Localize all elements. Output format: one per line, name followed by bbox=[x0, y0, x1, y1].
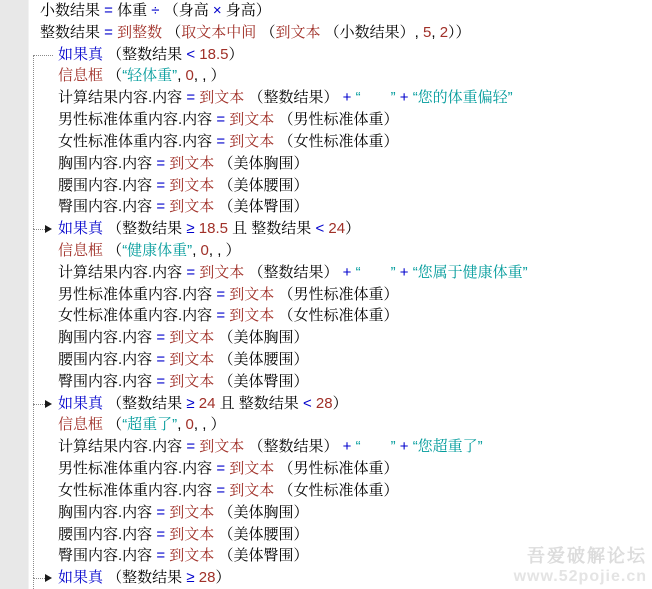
code-line[interactable]: 男性标准体重内容.内容 = 到文本 （男性标准体重） bbox=[0, 284, 652, 306]
code-token-s: “超重了” bbox=[122, 416, 177, 433]
code-line[interactable]: 小数结果 = 体重 ÷ （身高 × 身高） bbox=[0, 0, 652, 22]
code-token-p: ） bbox=[229, 46, 244, 63]
code-token-p: , bbox=[177, 67, 185, 84]
code-token-n: 18.5 bbox=[199, 46, 228, 63]
code-token-f: 到文本 bbox=[169, 177, 214, 194]
code-token-o: = bbox=[216, 133, 229, 150]
code-token-p: （小数结果）, bbox=[321, 24, 424, 41]
code-token-o: = bbox=[156, 526, 169, 543]
code-token-p: （美体胸围） bbox=[214, 155, 308, 172]
code-line[interactable]: 如果真 （整数结果 ≥ 24 且 整数结果 < 28） bbox=[0, 393, 652, 415]
code-token-p: （ bbox=[103, 416, 122, 433]
code-token-n: 24 bbox=[199, 395, 216, 412]
code-token-o: + bbox=[343, 438, 356, 455]
code-token-p: , , ） bbox=[209, 242, 241, 259]
code-token-f: 到文本 bbox=[199, 89, 244, 106]
code-token-p: （女性标准体重） bbox=[274, 133, 398, 150]
code-token-o: ≥ bbox=[186, 569, 198, 586]
code-token-o: = bbox=[104, 24, 117, 41]
code-token-o: = bbox=[216, 460, 229, 477]
code-token-o: = bbox=[156, 198, 169, 215]
code-token-p: , bbox=[192, 242, 200, 259]
code-token-p: 男性标准体重内容.内容 bbox=[58, 460, 216, 477]
code-line[interactable]: 男性标准体重内容.内容 = 到文本 （男性标准体重） bbox=[0, 458, 652, 480]
code-token-p: 臀围内容.内容 bbox=[58, 198, 156, 215]
code-token-p: （女性标准体重） bbox=[274, 482, 398, 499]
code-token-p: 男性标准体重内容.内容 bbox=[58, 286, 216, 303]
code-token-o: × bbox=[213, 2, 226, 19]
code-token-p: （整数结果） bbox=[244, 89, 342, 106]
code-token-p: （整数结果） bbox=[244, 264, 342, 281]
code-token-p: 计算结果内容.内容 bbox=[58, 438, 186, 455]
code-token-n: 24 bbox=[328, 220, 345, 237]
code-line[interactable]: 臀围内容.内容 = 到文本 （美体臀围） bbox=[0, 545, 652, 567]
code-token-o: = bbox=[216, 111, 229, 128]
collapse-arrow-icon[interactable] bbox=[45, 400, 52, 408]
code-token-p: 且 整数结果 bbox=[215, 395, 303, 412]
code-token-p: 女性标准体重内容.内容 bbox=[58, 482, 216, 499]
code-token-p: （整数结果 bbox=[103, 395, 186, 412]
code-token-p: （男性标准体重） bbox=[274, 460, 398, 477]
code-token-o: < bbox=[186, 46, 199, 63]
code-line[interactable]: 信息框 （“超重了”, 0, , ） bbox=[0, 414, 652, 436]
code-line[interactable]: 臀围内容.内容 = 到文本 （美体臀围） bbox=[0, 371, 652, 393]
code-token-p: 计算结果内容.内容 bbox=[58, 89, 186, 106]
code-token-s: “健康体重” bbox=[122, 242, 192, 259]
code-token-f: 到文本 bbox=[275, 24, 320, 41]
code-token-o: = bbox=[156, 547, 169, 564]
code-token-n: 2 bbox=[440, 24, 448, 41]
code-line[interactable]: 男性标准体重内容.内容 = 到文本 （男性标准体重） bbox=[0, 109, 652, 131]
code-token-p: 男性标准体重内容.内容 bbox=[58, 111, 216, 128]
code-token-f: 信息框 bbox=[58, 416, 103, 433]
code-line[interactable]: 腰围内容.内容 = 到文本 （美体腰围） bbox=[0, 349, 652, 371]
code-token-f: 到文本 bbox=[169, 504, 214, 521]
code-token-p: （美体臀围） bbox=[214, 547, 308, 564]
code-token-p: （ bbox=[166, 24, 181, 41]
code-token-p: （美体臀围） bbox=[214, 198, 308, 215]
code-line[interactable]: 臀围内容.内容 = 到文本 （美体臀围） bbox=[0, 196, 652, 218]
code-editor: 小数结果 = 体重 ÷ （身高 × 身高）整数结果 = 到整数 （取文本中间 （… bbox=[0, 0, 652, 589]
code-token-f: 到整数 bbox=[117, 24, 166, 41]
code-token-f: 到文本 bbox=[229, 307, 274, 324]
code-token-p: （美体腰围） bbox=[214, 526, 308, 543]
code-token-p: 小数结果 bbox=[40, 2, 104, 19]
code-token-o: ≥ bbox=[186, 395, 198, 412]
code-token-f: 到文本 bbox=[169, 198, 214, 215]
code-token-o: < bbox=[315, 220, 328, 237]
code-line[interactable]: 整数结果 = 到整数 （取文本中间 （到文本 （小数结果）, 5, 2）） bbox=[0, 22, 652, 44]
code-token-o: = bbox=[186, 438, 199, 455]
code-token-p: ） bbox=[333, 395, 348, 412]
code-token-s: “您属于健康体重” bbox=[413, 264, 528, 281]
code-token-k: 如果真 bbox=[58, 569, 103, 586]
code-token-o: = bbox=[186, 264, 199, 281]
code-token-k: 如果真 bbox=[58, 395, 103, 412]
code-token-f: 到文本 bbox=[229, 460, 274, 477]
code-token-f: 到文本 bbox=[169, 547, 214, 564]
code-token-p: （美体腰围） bbox=[214, 177, 308, 194]
code-token-o: = bbox=[216, 307, 229, 324]
code-token-o: + bbox=[343, 89, 356, 106]
code-line[interactable]: 女性标准体重内容.内容 = 到文本 （女性标准体重） bbox=[0, 305, 652, 327]
code-token-p: 胸围内容.内容 bbox=[58, 504, 156, 521]
code-token-o: + bbox=[343, 264, 356, 281]
code-token-p: 臀围内容.内容 bbox=[58, 547, 156, 564]
code-token-s: “轻体重” bbox=[122, 67, 177, 84]
code-token-f: 到文本 bbox=[229, 133, 274, 150]
code-token-p: （ bbox=[103, 242, 122, 259]
code-token-o: = bbox=[186, 89, 199, 106]
collapse-arrow-icon[interactable] bbox=[45, 574, 52, 582]
code-line[interactable]: 计算结果内容.内容 = 到文本 （整数结果） + “ ” + “您超重了” bbox=[0, 436, 652, 458]
code-token-n: 28 bbox=[199, 569, 216, 586]
code-token-k: 如果真 bbox=[58, 46, 103, 63]
code-token-o: = bbox=[216, 482, 229, 499]
code-token-f: 信息框 bbox=[58, 67, 103, 84]
code-line[interactable]: 胸围内容.内容 = 到文本 （美体胸围） bbox=[0, 153, 652, 175]
code-token-p: （美体胸围） bbox=[214, 504, 308, 521]
code-token-o: + bbox=[400, 264, 413, 281]
code-token-p: , bbox=[431, 24, 439, 41]
code-token-p: ） bbox=[345, 220, 360, 237]
code-area: 小数结果 = 体重 ÷ （身高 × 身高）整数结果 = 到整数 （取文本中间 （… bbox=[0, 0, 652, 589]
code-token-p: 胸围内容.内容 bbox=[58, 329, 156, 346]
code-token-n: 18.5 bbox=[199, 220, 228, 237]
collapse-arrow-icon[interactable] bbox=[45, 225, 52, 233]
code-token-p: 且 整数结果 bbox=[228, 220, 316, 237]
code-token-f: 信息框 bbox=[58, 242, 103, 259]
code-token-p: 体重 bbox=[117, 2, 151, 19]
code-token-o: = bbox=[104, 2, 117, 19]
code-token-p: （女性标准体重） bbox=[274, 307, 398, 324]
code-token-p: （美体腰围） bbox=[214, 351, 308, 368]
code-line[interactable]: 计算结果内容.内容 = 到文本 （整数结果） + “ ” + “您属于健康体重” bbox=[0, 262, 652, 284]
code-line[interactable]: 胸围内容.内容 = 到文本 （美体胸围） bbox=[0, 327, 652, 349]
code-token-f: 到文本 bbox=[229, 286, 274, 303]
code-token-p: 女性标准体重内容.内容 bbox=[58, 133, 216, 150]
code-token-p: ） bbox=[215, 569, 230, 586]
code-line[interactable]: 计算结果内容.内容 = 到文本 （整数结果） + “ ” + “您的体重偏轻” bbox=[0, 87, 652, 109]
code-token-p: 身高） bbox=[226, 2, 271, 19]
code-token-o: + bbox=[400, 438, 413, 455]
code-token-p: 女性标准体重内容.内容 bbox=[58, 307, 216, 324]
code-token-o: = bbox=[156, 155, 169, 172]
code-token-k: 如果真 bbox=[58, 220, 103, 237]
code-token-f: 到文本 bbox=[229, 111, 274, 128]
code-token-p: （美体臀围） bbox=[214, 373, 308, 390]
code-token-o: = bbox=[156, 351, 169, 368]
code-token-p: 整数结果 bbox=[40, 24, 104, 41]
code-token-p: , , ） bbox=[194, 67, 226, 84]
code-token-o: + bbox=[400, 89, 413, 106]
code-token-f: 到文本 bbox=[169, 155, 214, 172]
code-token-p: 胸围内容.内容 bbox=[58, 155, 156, 172]
code-token-p: （整数结果 bbox=[103, 569, 186, 586]
code-token-p: （男性标准体重） bbox=[274, 286, 398, 303]
code-token-p: （男性标准体重） bbox=[274, 111, 398, 128]
code-line[interactable]: 女性标准体重内容.内容 = 到文本 （女性标准体重） bbox=[0, 480, 652, 502]
code-token-p: 腰围内容.内容 bbox=[58, 526, 156, 543]
code-token-n: 0 bbox=[186, 416, 194, 433]
code-line[interactable]: 如果真 （整数结果 ≥ 28） bbox=[0, 567, 652, 589]
code-token-p: （身高 bbox=[164, 2, 213, 19]
code-token-n: 0 bbox=[186, 67, 194, 84]
code-line[interactable]: 信息框 （“轻体重”, 0, , ） bbox=[0, 65, 652, 87]
code-token-s: “您超重了” bbox=[413, 438, 483, 455]
code-token-p: , bbox=[177, 416, 185, 433]
code-token-p: （整数结果 bbox=[103, 46, 186, 63]
code-token-p: （整数结果） bbox=[244, 438, 342, 455]
code-token-o: = bbox=[156, 504, 169, 521]
code-token-f: 到文本 bbox=[169, 351, 214, 368]
code-token-f: 到文本 bbox=[169, 373, 214, 390]
code-token-f: 到文本 bbox=[229, 482, 274, 499]
code-token-o: = bbox=[156, 329, 169, 346]
code-token-p: 计算结果内容.内容 bbox=[58, 264, 186, 281]
code-token-p: ）） bbox=[448, 24, 471, 41]
code-token-p: （ bbox=[256, 24, 275, 41]
code-token-o: < bbox=[303, 395, 316, 412]
code-token-s: “您的体重偏轻” bbox=[413, 89, 513, 106]
code-line[interactable]: 信息框 （“健康体重”, 0, , ） bbox=[0, 240, 652, 262]
code-token-p: （美体胸围） bbox=[214, 329, 308, 346]
code-token-f: 到文本 bbox=[169, 329, 214, 346]
code-line[interactable]: 腰围内容.内容 = 到文本 （美体腰围） bbox=[0, 175, 652, 197]
code-line[interactable]: 女性标准体重内容.内容 = 到文本 （女性标准体重） bbox=[0, 131, 652, 153]
code-token-s: “ ” bbox=[356, 438, 396, 455]
code-token-o: ≥ bbox=[186, 220, 198, 237]
code-line[interactable]: 如果真 （整数结果 ≥ 18.5 且 整数结果 < 24） bbox=[0, 218, 652, 240]
code-token-p: 腰围内容.内容 bbox=[58, 177, 156, 194]
code-token-p: 臀围内容.内容 bbox=[58, 373, 156, 390]
code-token-p: （ bbox=[103, 67, 122, 84]
code-token-f: 取文本中间 bbox=[181, 24, 256, 41]
code-token-p: 腰围内容.内容 bbox=[58, 351, 156, 368]
code-token-n: 0 bbox=[201, 242, 209, 259]
code-token-o: ÷ bbox=[151, 2, 163, 19]
code-token-o: = bbox=[156, 177, 169, 194]
code-token-s: “ ” bbox=[356, 264, 396, 281]
code-token-o: = bbox=[216, 286, 229, 303]
code-token-n: 28 bbox=[316, 395, 333, 412]
code-token-f: 到文本 bbox=[199, 438, 244, 455]
code-token-s: “ ” bbox=[356, 89, 396, 106]
code-line[interactable]: 腰围内容.内容 = 到文本 （美体腰围） bbox=[0, 524, 652, 546]
code-line[interactable]: 胸围内容.内容 = 到文本 （美体胸围） bbox=[0, 502, 652, 524]
code-token-p: （整数结果 bbox=[103, 220, 186, 237]
code-token-f: 到文本 bbox=[199, 264, 244, 281]
code-token-o: = bbox=[156, 373, 169, 390]
code-token-p: , , ） bbox=[194, 416, 226, 433]
code-token-f: 到文本 bbox=[169, 526, 214, 543]
code-line[interactable]: 如果真 （整数结果 < 18.5） bbox=[0, 44, 652, 66]
